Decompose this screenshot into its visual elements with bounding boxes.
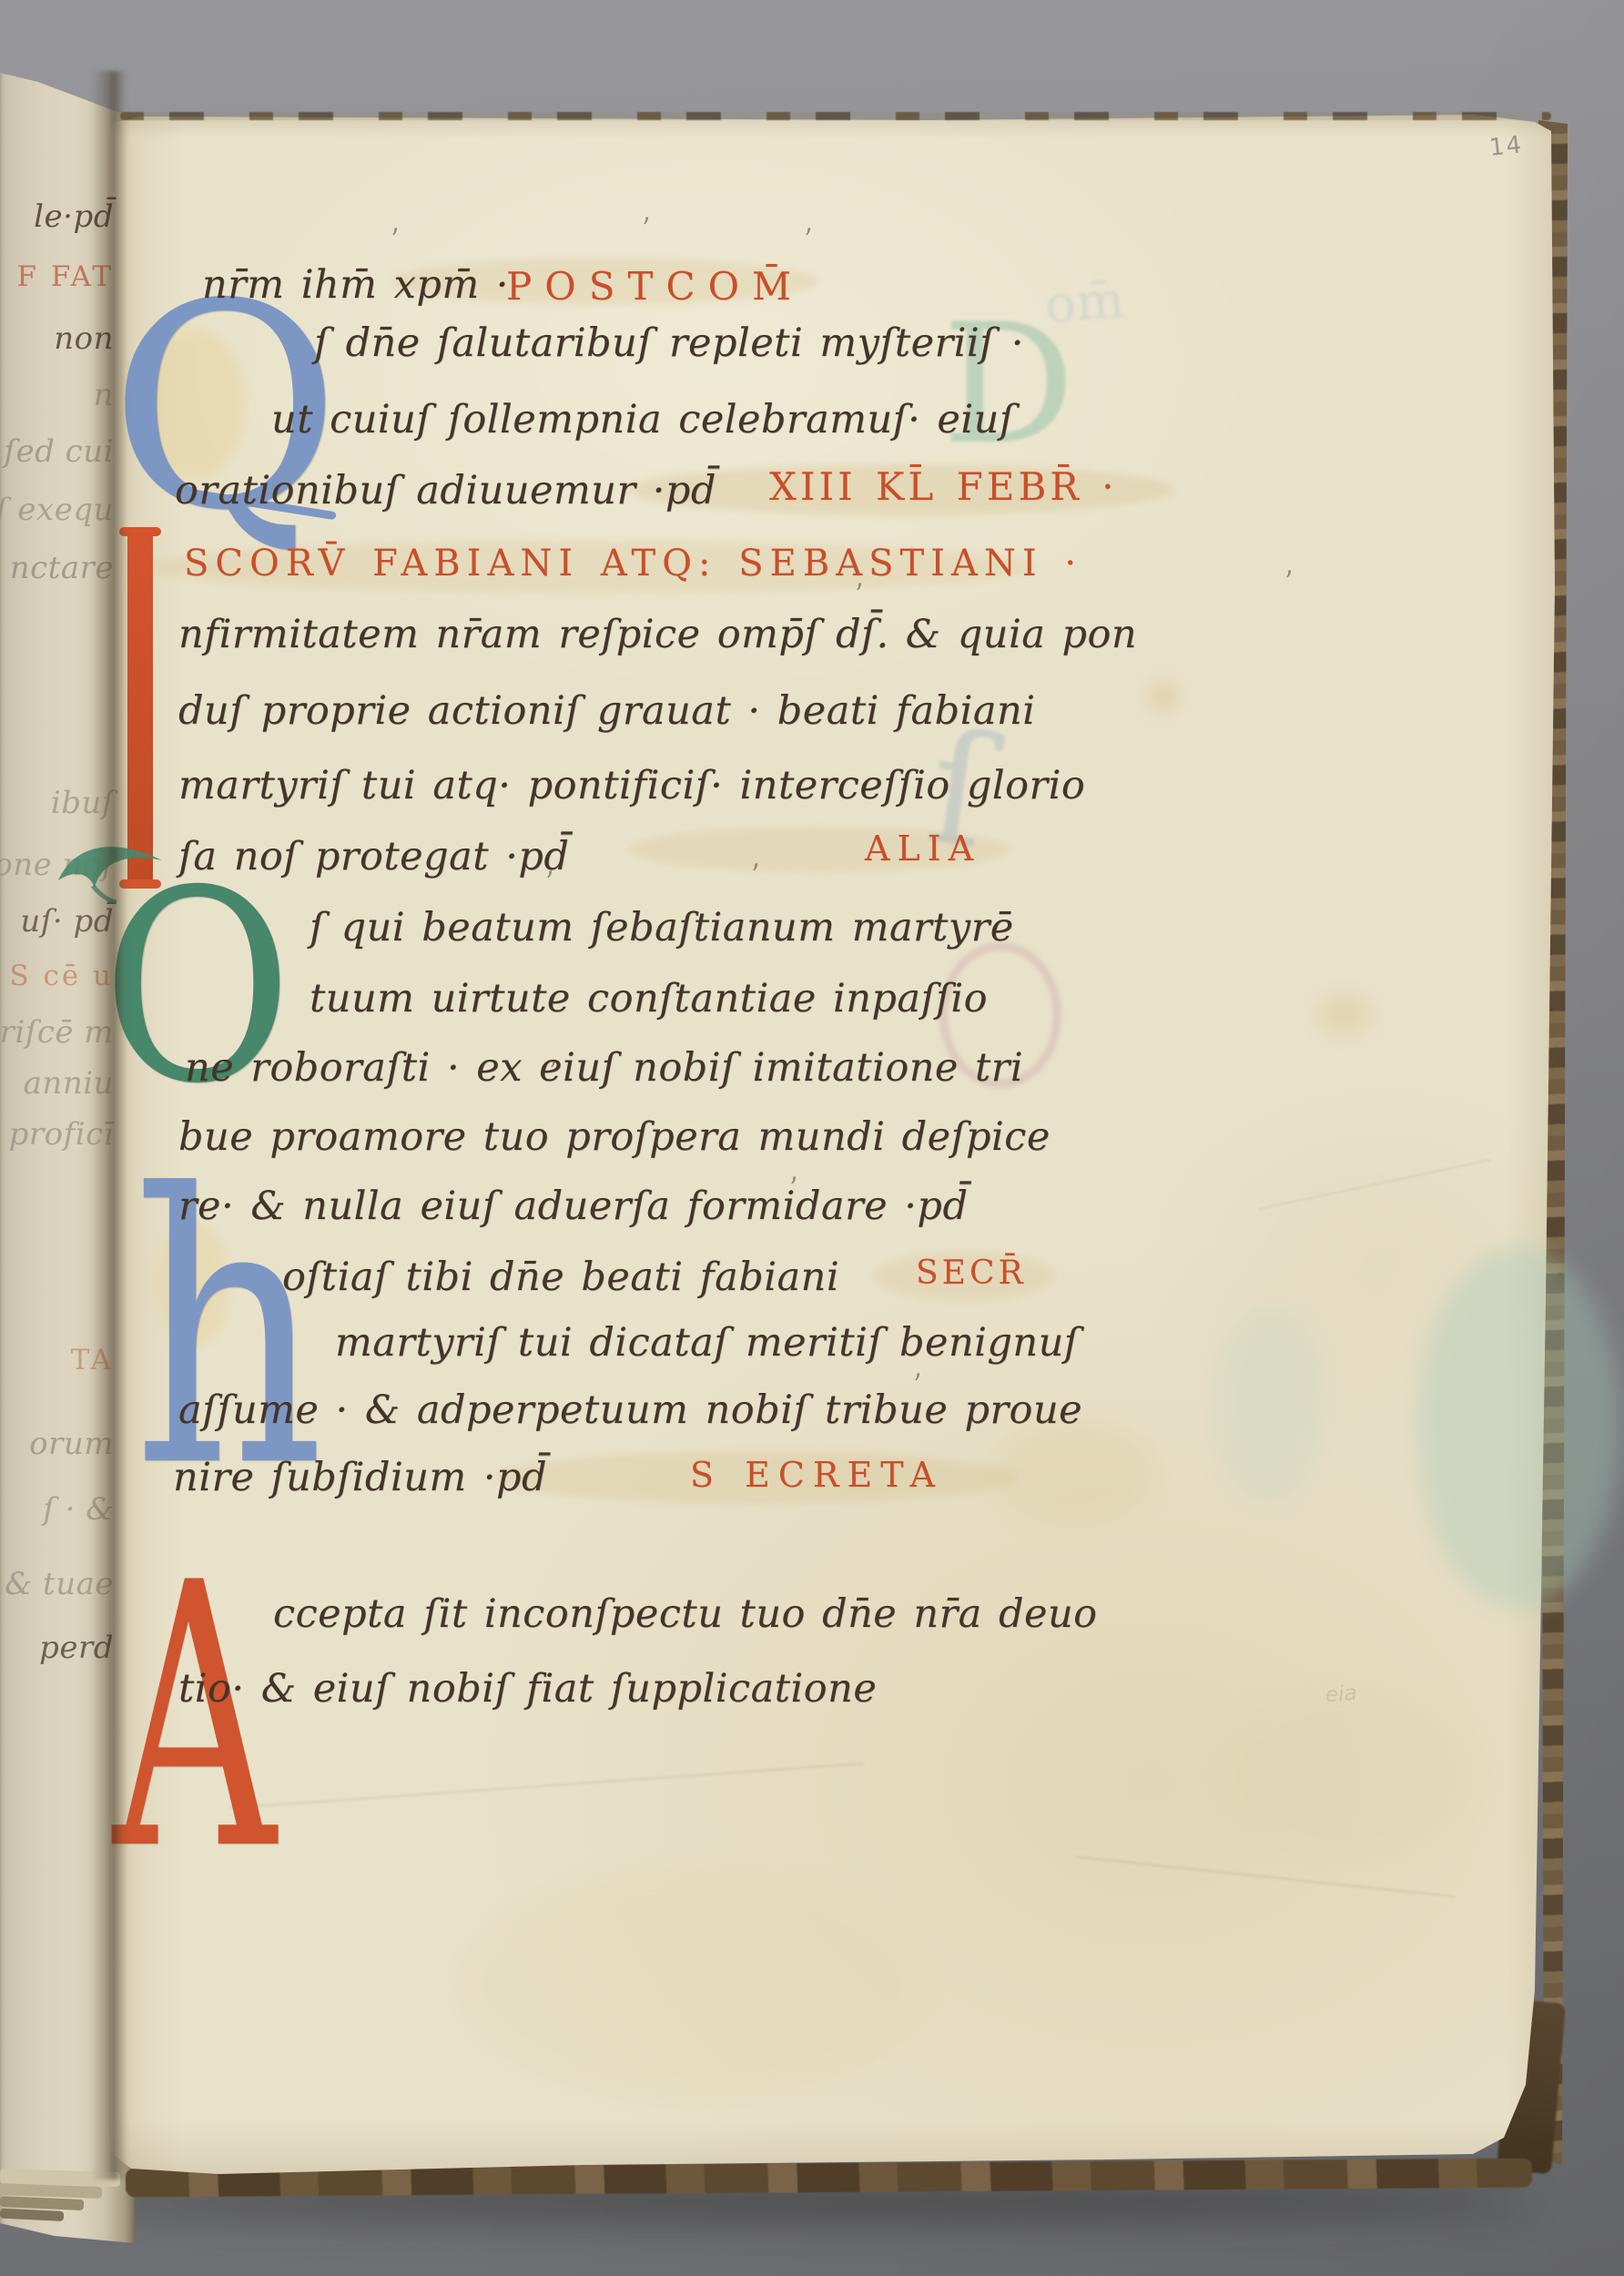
text-line: ccepta ſit inconſpectu tuo dn̄e nr̄a deu… xyxy=(273,1591,1098,1637)
text-line: tuum uirtute conſtantiae inpaſſio xyxy=(310,976,988,1021)
quill-flick: ʼ xyxy=(801,223,817,256)
rubric-text: SCORV̄ FABIANI ATQ: SEBASTIANI · xyxy=(184,543,1082,584)
text-line: orationibuſ adiuuemur ·pd̄ xyxy=(175,468,716,513)
text-line: nr̄m ihm̄ xpm̄ · xyxy=(202,262,509,308)
quill-flick: ʼ xyxy=(748,859,764,891)
text-line: duſ proprie actioniſ grauat · beati fabi… xyxy=(178,688,1035,734)
text-line: re· & nulla eiuſ aduerſa formidare ·pd̄ xyxy=(178,1184,968,1229)
showthrough-stain xyxy=(1317,994,1372,1036)
showthrough-stain xyxy=(1211,1684,1484,1866)
text-line: martyriſ tui dicataſ meritiſ benignuſ xyxy=(335,1320,1079,1366)
text-line: ne roboraſti · ex eiuſ nobiſ imitatione … xyxy=(185,1045,1023,1091)
showthrough-stain xyxy=(455,1866,929,2103)
parchment-crease xyxy=(1075,1855,1456,1898)
gutter-fold-shadow xyxy=(91,71,127,2179)
folio-number: 14 xyxy=(1488,131,1525,162)
manuscript-photo: Dom̄ſʼʼʼʼʼʼʼʼʼʼ le·pd̄F FATnonnſed cuiſ … xyxy=(0,0,1624,2276)
text-line: nfirmitatem nr̄am reſpice omp̄ſ dſ̄. & q… xyxy=(178,612,1137,657)
showthrough-stain xyxy=(1152,685,1175,708)
initial-A: A xyxy=(113,1537,276,1901)
text-line: oſtiaſ tibi dn̄e beati fabiani xyxy=(282,1255,839,1300)
text-line: ſ qui beatum ſebaſtianum martyrē xyxy=(310,905,1014,950)
quill-flick: ʼ xyxy=(639,212,655,245)
page-content: Dom̄ſʼʼʼʼʼʼʼʼʼʼ le·pd̄F FATnonnſed cuiſ … xyxy=(0,0,1624,2276)
quill-flick: ʼ xyxy=(1282,565,1297,598)
text-line: ut cuiuſ ſollempnia celebramuſ· eiuſ xyxy=(271,397,1014,442)
showthrough-blob xyxy=(1416,1245,1620,1610)
text-line: ſ dn̄e ſalutaribuſ repleti myſteriiſ · xyxy=(314,320,1024,366)
parchment-crease xyxy=(228,1763,865,1810)
text-line: tio· & eiuſ nobiſ fiat ſupplicatione xyxy=(178,1666,877,1712)
pencil-note: eia xyxy=(1325,1682,1357,1707)
text-line: nire ſubſidium ·pd̄ xyxy=(173,1455,547,1500)
text-line: ſa noſ protegat ·pd̄ xyxy=(178,834,569,879)
showthrough-letter: D xyxy=(942,288,1075,481)
rubric-text: S ECRETA xyxy=(690,1455,943,1495)
text-line: martyriſ tui atq· pontificiſ· interceſſi… xyxy=(178,763,1085,808)
parchment-crease xyxy=(1259,1159,1491,1210)
rubric-text: SECR̄ xyxy=(916,1255,1027,1292)
showthrough-letter: om̄ xyxy=(1043,270,1126,335)
text-line: bue proamore tuo proſpera mundi deſpice xyxy=(178,1114,1051,1160)
rubric-text: POSTCOM̄ xyxy=(506,264,804,309)
showthrough-blob xyxy=(1211,1304,1329,1504)
quill-flick: ʼ xyxy=(388,223,403,256)
text-line: aſſume · & adperpetuum nobiſ tribue prou… xyxy=(178,1387,1082,1433)
rubric-text: ALIA xyxy=(865,828,980,869)
showthrough-stain xyxy=(992,1420,1156,1529)
rubric-text: XIII KL̄ FEBR̄ · xyxy=(769,464,1118,509)
